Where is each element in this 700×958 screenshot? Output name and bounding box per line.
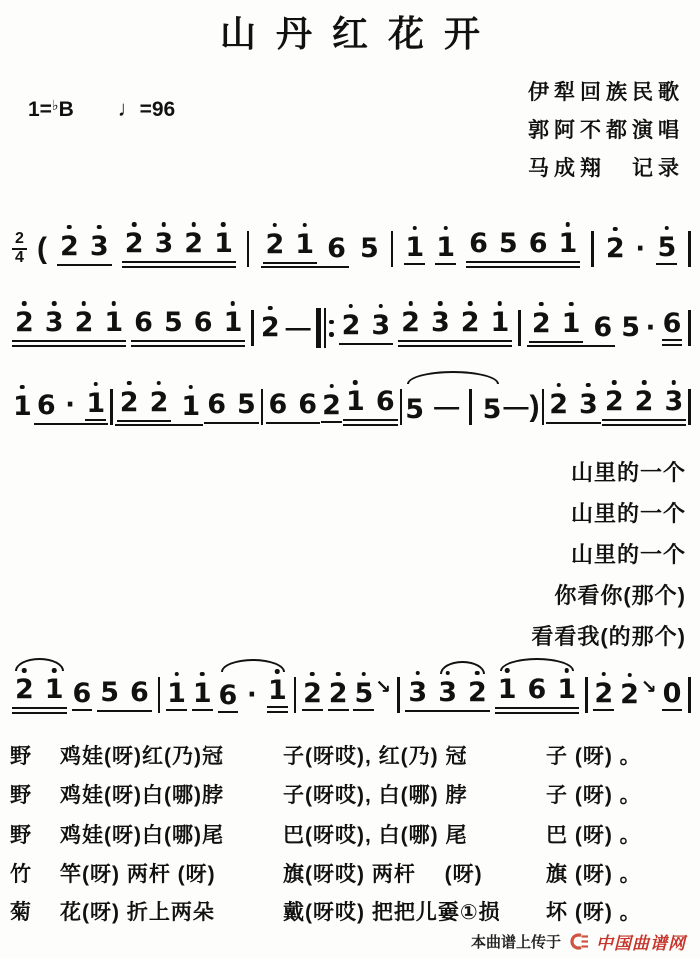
note: 1 <box>490 309 511 338</box>
qupu-logo-icon <box>568 932 589 951</box>
beam-group: 216 <box>527 310 615 347</box>
note: 6 <box>527 676 548 705</box>
note: 2 <box>321 392 342 423</box>
barline <box>688 677 691 713</box>
beam-group: 2321 <box>122 230 236 268</box>
verse-pickup-line: 看看我(的那个) <box>531 616 686 657</box>
lyric-cell: 坏 (呀) 。 <box>546 896 642 926</box>
lyric-cell: 花(呀) 折上两朵 <box>60 896 215 926</box>
note: 3 <box>437 679 458 708</box>
note: 6 <box>375 388 396 417</box>
credit-line: 伊犁回族民歌 <box>528 74 684 112</box>
lyric-cell: 竿(呀) 两杆 (呀) <box>60 858 216 888</box>
note: 5 <box>99 679 120 708</box>
note: 2 <box>265 231 286 260</box>
slur-group: 6·1 <box>218 677 288 713</box>
note: 6 <box>72 680 93 711</box>
credits-block: 伊犁回族民歌郭阿不都演唱马成翔 记录 <box>528 74 684 188</box>
lyric-cell: 竹 <box>10 858 32 888</box>
lyric-cell: 旗(呀哎) 两杆 (呀) <box>283 858 483 888</box>
duration-dash: — <box>434 395 459 420</box>
note: 2 <box>634 388 655 417</box>
note: 3 <box>44 309 65 338</box>
note: 6 <box>133 309 154 338</box>
barline <box>518 310 521 346</box>
beam-group: 332 <box>405 679 489 712</box>
barline <box>247 231 250 267</box>
note: 3 <box>153 230 174 259</box>
beam-group: 2321 <box>398 309 512 347</box>
lyric-cell: 巴 (呀) 。 <box>546 819 642 849</box>
dotted-rhythm-dot: · <box>636 239 647 258</box>
note: 1 <box>223 309 244 338</box>
tempo-marking: ♩=96 <box>118 98 176 121</box>
note: 2 <box>400 309 421 338</box>
beam-group: 23 <box>546 391 601 424</box>
note: 5 <box>353 680 374 711</box>
dotted-rhythm-dot: · <box>646 318 657 337</box>
note: 2 <box>548 391 569 420</box>
barline <box>251 310 254 346</box>
verse-pickup-line: 你看你(那个) <box>531 575 686 616</box>
barline <box>469 389 472 425</box>
note: 1 <box>180 393 201 422</box>
barline <box>688 389 691 425</box>
note: 5 <box>236 391 257 420</box>
note: 3 <box>430 309 451 338</box>
verse-pickup-line: 山里的一个 <box>531 452 686 493</box>
lyric-cell: 菊 <box>10 896 32 926</box>
lyric-cell: 巴(呀哎), 白(哪) 尾 <box>283 819 467 849</box>
note: 6 <box>297 391 318 420</box>
lyric-cell: 子(呀哎), 白(哪) 脖 <box>283 779 467 809</box>
quarter-note-icon: ♩ <box>118 96 140 121</box>
note: 3 <box>370 312 391 341</box>
note: 1 <box>404 234 425 265</box>
note: 6 <box>193 309 214 338</box>
time-signature: 24 <box>12 231 27 267</box>
music-line-3: 16·122165662165—5—)23223 <box>12 380 692 434</box>
note: 6 <box>206 391 227 420</box>
barline <box>110 389 113 425</box>
barline <box>400 389 403 425</box>
key-tempo-row: 1=♭B ♩=96 <box>28 96 175 122</box>
note: 1 <box>556 676 577 705</box>
note: 2 <box>604 388 625 417</box>
lyric-cell: 野 <box>10 779 32 809</box>
note: 2 <box>605 235 626 264</box>
note: 6 <box>218 682 239 713</box>
lyric-cell: 野 <box>10 740 32 770</box>
beam-group: 65 <box>204 391 259 424</box>
beam-group: 21 <box>12 676 67 714</box>
note: 5 <box>359 235 380 264</box>
note: 6 <box>129 679 150 708</box>
note: 1 <box>267 677 288 713</box>
note: 2 <box>124 230 145 259</box>
watermark-prefix: 本曲谱上传于 <box>471 931 561 952</box>
flat-icon: ♭ <box>52 97 59 113</box>
note: 2 <box>119 389 140 418</box>
watermark: 本曲谱上传于 中国曲谱网 <box>471 929 686 954</box>
barline <box>397 677 400 713</box>
watermark-site-name: 中国曲谱网 <box>596 929 686 954</box>
beam-group: 161 <box>495 676 579 714</box>
credit-line: 郭阿不都演唱 <box>528 112 684 150</box>
note: 5 <box>498 230 519 259</box>
note: 1 <box>294 231 315 260</box>
note: 1 <box>166 680 187 711</box>
note: 1 <box>192 680 213 711</box>
note: 1 <box>12 393 33 422</box>
key-signature: 1=♭B <box>28 98 74 121</box>
note: 2 <box>460 309 481 338</box>
barline <box>261 389 264 425</box>
note: 2 <box>14 309 35 338</box>
note: 1 <box>85 390 106 421</box>
note: 6 <box>592 314 613 343</box>
verse-pickup-line: 山里的一个 <box>531 534 686 575</box>
note: 6 <box>468 230 489 259</box>
barline <box>294 677 297 713</box>
page-title: 山丹红花开 <box>0 6 700 57</box>
music-line-2: 232165612—2323212165·6 <box>12 301 692 355</box>
note: 6 <box>528 230 549 259</box>
barline <box>542 389 545 425</box>
note: 2 <box>74 309 95 338</box>
barline <box>591 231 594 267</box>
beam-group: 21 <box>529 310 584 343</box>
lyric-cell: 子(呀哎), 红(乃) 冠 <box>283 740 467 770</box>
beam-group: 23 <box>57 233 112 266</box>
slur-group: 161 <box>497 676 577 705</box>
duration-dash: — <box>503 395 528 420</box>
note: 5 <box>620 314 641 343</box>
lyric-cell: 旗 (呀) 。 <box>546 858 642 888</box>
glissando-arrow-icon: ↘ <box>375 676 391 699</box>
note: 3 <box>407 679 428 708</box>
lyric-cell: 子 (呀) 。 <box>546 779 642 809</box>
note: 1 <box>497 676 518 705</box>
lyric-cell: 子 (呀) 。 <box>546 740 642 770</box>
note: 2 <box>59 233 80 262</box>
note: 3 <box>578 391 599 420</box>
barline <box>688 310 691 346</box>
lyric-cell: 鸡娃(呀)白(哪)尾 <box>60 819 224 849</box>
beam-group: 22 <box>117 389 172 422</box>
beam-group: 216 <box>261 231 349 268</box>
duration-dash: — <box>286 316 311 341</box>
note: 6 <box>662 310 683 346</box>
note: 2 <box>619 681 640 710</box>
dotted-rhythm-dot: · <box>66 395 77 414</box>
beam-group: 16 <box>343 388 398 426</box>
note: 2 <box>531 310 552 339</box>
note: 6 <box>268 391 289 420</box>
note: 6 <box>36 392 57 421</box>
beam-group: 66 <box>266 391 321 424</box>
note: 5 <box>404 396 425 425</box>
lyric-cell: 鸡娃(呀)白(哪)脖 <box>60 779 224 809</box>
parenthesis-symbol: ( <box>37 234 47 264</box>
slur-group: 32 <box>437 679 488 708</box>
dotted-rhythm-dot: · <box>247 685 258 704</box>
note: 2 <box>328 680 349 711</box>
credit-line: 马成翔 记录 <box>528 150 684 188</box>
beam-group: 6561 <box>466 230 580 268</box>
note: 2 <box>593 680 614 711</box>
beam-group: 6561 <box>131 309 245 347</box>
beam-group: 223 <box>602 388 686 426</box>
sheet-music-page: 山丹红花开 1=♭B ♩=96 伊犁回族民歌郭阿不都演唱马成翔 记录 24(23… <box>0 0 700 958</box>
note: 1 <box>435 234 456 265</box>
note: 2 <box>14 676 35 705</box>
beam-group: 2321 <box>12 309 126 347</box>
verse-pickup-block: 山里的一个山里的一个山里的一个你看你(那个)看看我(的那个) <box>531 452 686 657</box>
rest-note: 0 <box>662 680 683 711</box>
note: 5 <box>482 396 503 425</box>
parenthesis-symbol: ) <box>530 392 540 422</box>
verse-pickup-line: 山里的一个 <box>531 493 686 534</box>
lyric-cell: 野 <box>10 819 32 849</box>
barline <box>688 231 691 267</box>
slur-group: 5—5 <box>404 389 502 425</box>
note: 5 <box>656 234 677 265</box>
note: 2 <box>183 230 204 259</box>
note: 6 <box>326 235 347 264</box>
note: 2 <box>302 680 323 711</box>
barline <box>585 677 588 713</box>
music-line-4: 21656116·1225↘33216122↘0 <box>12 668 692 722</box>
beam-group: 6·1 <box>34 390 108 425</box>
glissando-arrow-icon: ↘ <box>641 676 657 699</box>
music-line-1: 24(23232121651165612·5 <box>12 222 692 276</box>
beam-group: 221 <box>115 389 203 426</box>
note: 1 <box>557 230 578 259</box>
note: 1 <box>213 230 234 259</box>
beam-group: 23 <box>339 312 394 345</box>
lyric-cell: 鸡娃(呀)红(乃)冠 <box>60 740 224 770</box>
beam-group: 21 <box>263 231 318 264</box>
barline <box>158 677 161 713</box>
note: 5 <box>163 309 184 338</box>
slur-group: 21 <box>12 676 67 714</box>
beam-group: 56 <box>97 679 152 712</box>
note: 1 <box>561 310 582 339</box>
note: 2 <box>467 679 488 708</box>
note: 1 <box>345 388 366 417</box>
begin-repeat-sign <box>316 308 334 348</box>
note: 3 <box>89 233 110 262</box>
barline <box>391 231 394 267</box>
note: 2 <box>149 389 170 418</box>
note: 2 <box>341 312 362 341</box>
lyric-cell: 戴(呀哎) 把把儿嫑①损 <box>283 896 501 926</box>
note: 1 <box>44 676 65 705</box>
note: 2 <box>260 314 281 343</box>
note: 1 <box>103 309 124 338</box>
note: 3 <box>663 388 684 417</box>
